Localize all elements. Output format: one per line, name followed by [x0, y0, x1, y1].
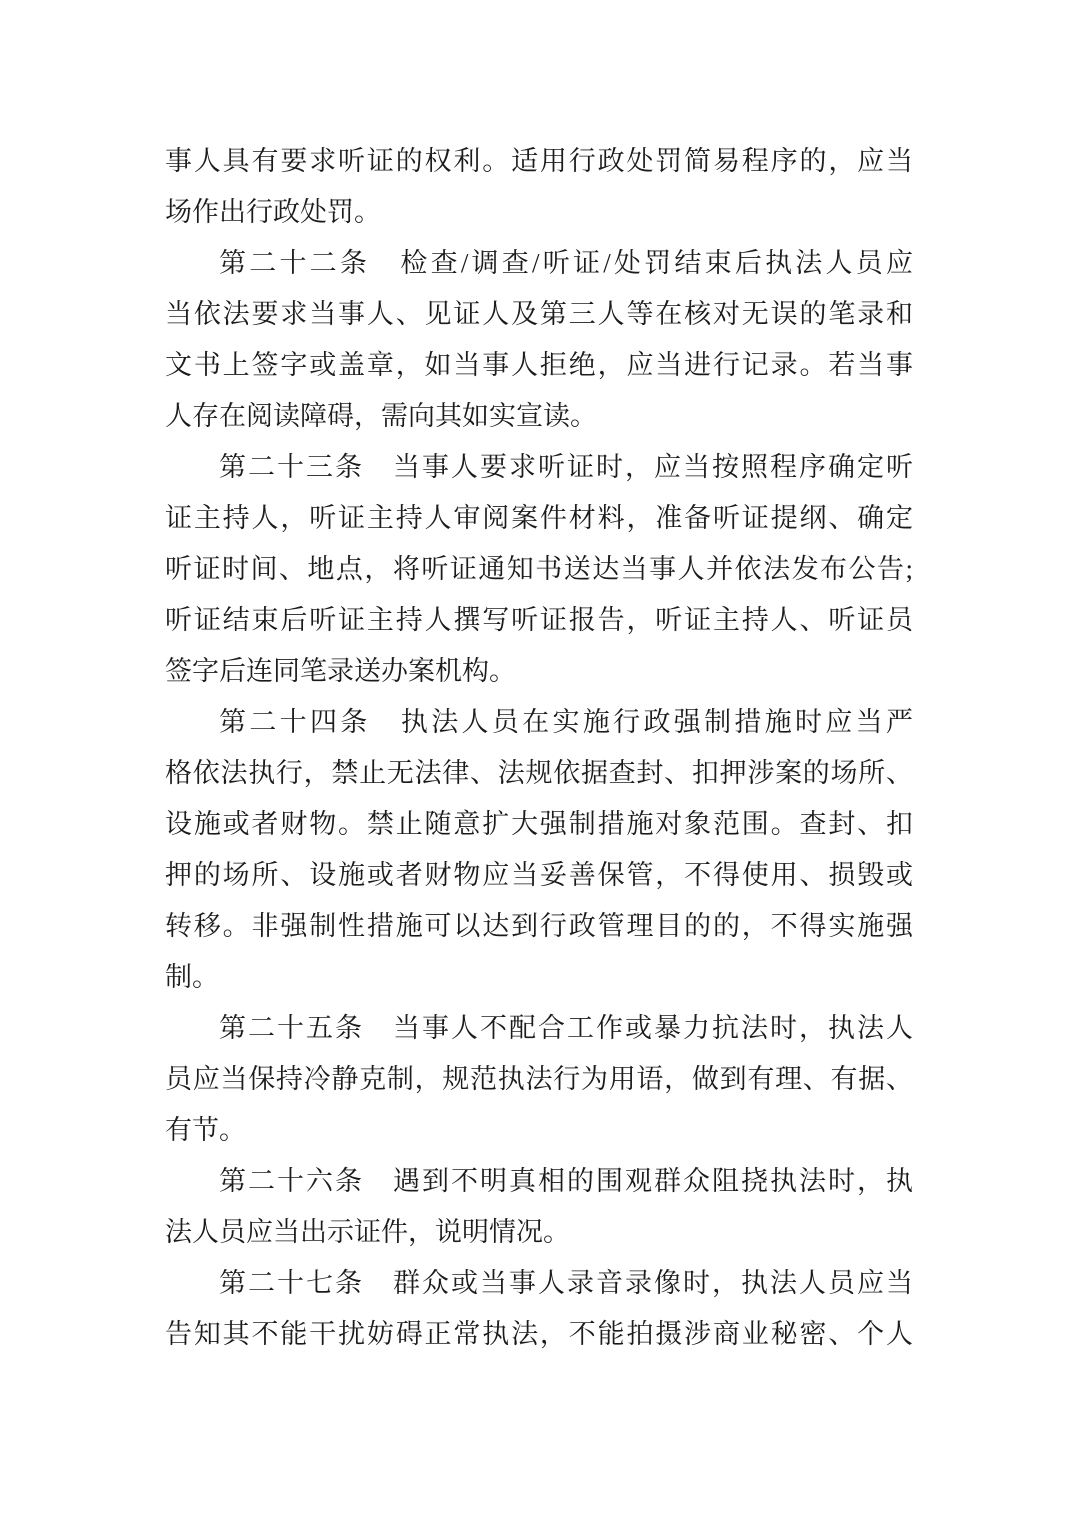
body-text-line: 场作出行政处罚。: [165, 187, 913, 238]
body-text-line: 员应当保持冷静克制，规范执法行为用语，做到有理、有据、: [165, 1054, 913, 1105]
article-22-line: 第二十二条 检查/调查/听证/处罚结束后执法人员应: [165, 238, 913, 289]
article-27-line: 第二十七条 群众或当事人录音录像时，执法人员应当: [165, 1258, 913, 1309]
body-text-line: 听证时间、地点，将听证通知书送达当事人并依法发布公告;: [165, 544, 913, 595]
body-text-line: 有节。: [165, 1105, 913, 1156]
body-text-line: 设施或者财物。禁止随意扩大强制措施对象范围。查封、扣: [165, 799, 913, 850]
document-page: 事人具有要求听证的权利。适用行政处罚简易程序的，应当 场作出行政处罚。 第二十二…: [0, 0, 1074, 1520]
body-text-line: 制。: [165, 952, 913, 1003]
body-text-line: 文书上签字或盖章，如当事人拒绝，应当进行记录。若当事: [165, 340, 913, 391]
article-25-line: 第二十五条 当事人不配合工作或暴力抗法时，执法人: [165, 1003, 913, 1054]
body-text-line: 法人员应当出示证件，说明情况。: [165, 1207, 913, 1258]
body-text-line: 当依法要求当事人、见证人及第三人等在核对无误的笔录和: [165, 289, 913, 340]
article-24-line: 第二十四条 执法人员在实施行政强制措施时应当严: [165, 697, 913, 748]
body-text-line: 押的场所、设施或者财物应当妥善保管，不得使用、损毁或: [165, 850, 913, 901]
body-text-line: 人存在阅读障碍，需向其如实宣读。: [165, 391, 913, 442]
body-text-line: 证主持人，听证主持人审阅案件材料，准备听证提纲、确定: [165, 493, 913, 544]
body-text-line: 签字后连同笔录送办案机构。: [165, 646, 913, 697]
article-26-line: 第二十六条 遇到不明真相的围观群众阻挠执法时，执: [165, 1156, 913, 1207]
text-block: 事人具有要求听证的权利。适用行政处罚简易程序的，应当 场作出行政处罚。 第二十二…: [0, 0, 1074, 1360]
article-23-line: 第二十三条 当事人要求听证时，应当按照程序确定听: [165, 442, 913, 493]
body-text-line: 格依法执行，禁止无法律、法规依据查封、扣押涉案的场所、: [165, 748, 913, 799]
body-text-line: 事人具有要求听证的权利。适用行政处罚简易程序的，应当: [165, 136, 913, 187]
body-text-line: 转移。非强制性措施可以达到行政管理目的的，不得实施强: [165, 901, 913, 952]
body-text-line: 听证结束后听证主持人撰写听证报告，听证主持人、听证员: [165, 595, 913, 646]
body-text-line: 告知其不能干扰妨碍正常执法，不能拍摄涉商业秘密、个人: [165, 1309, 913, 1360]
